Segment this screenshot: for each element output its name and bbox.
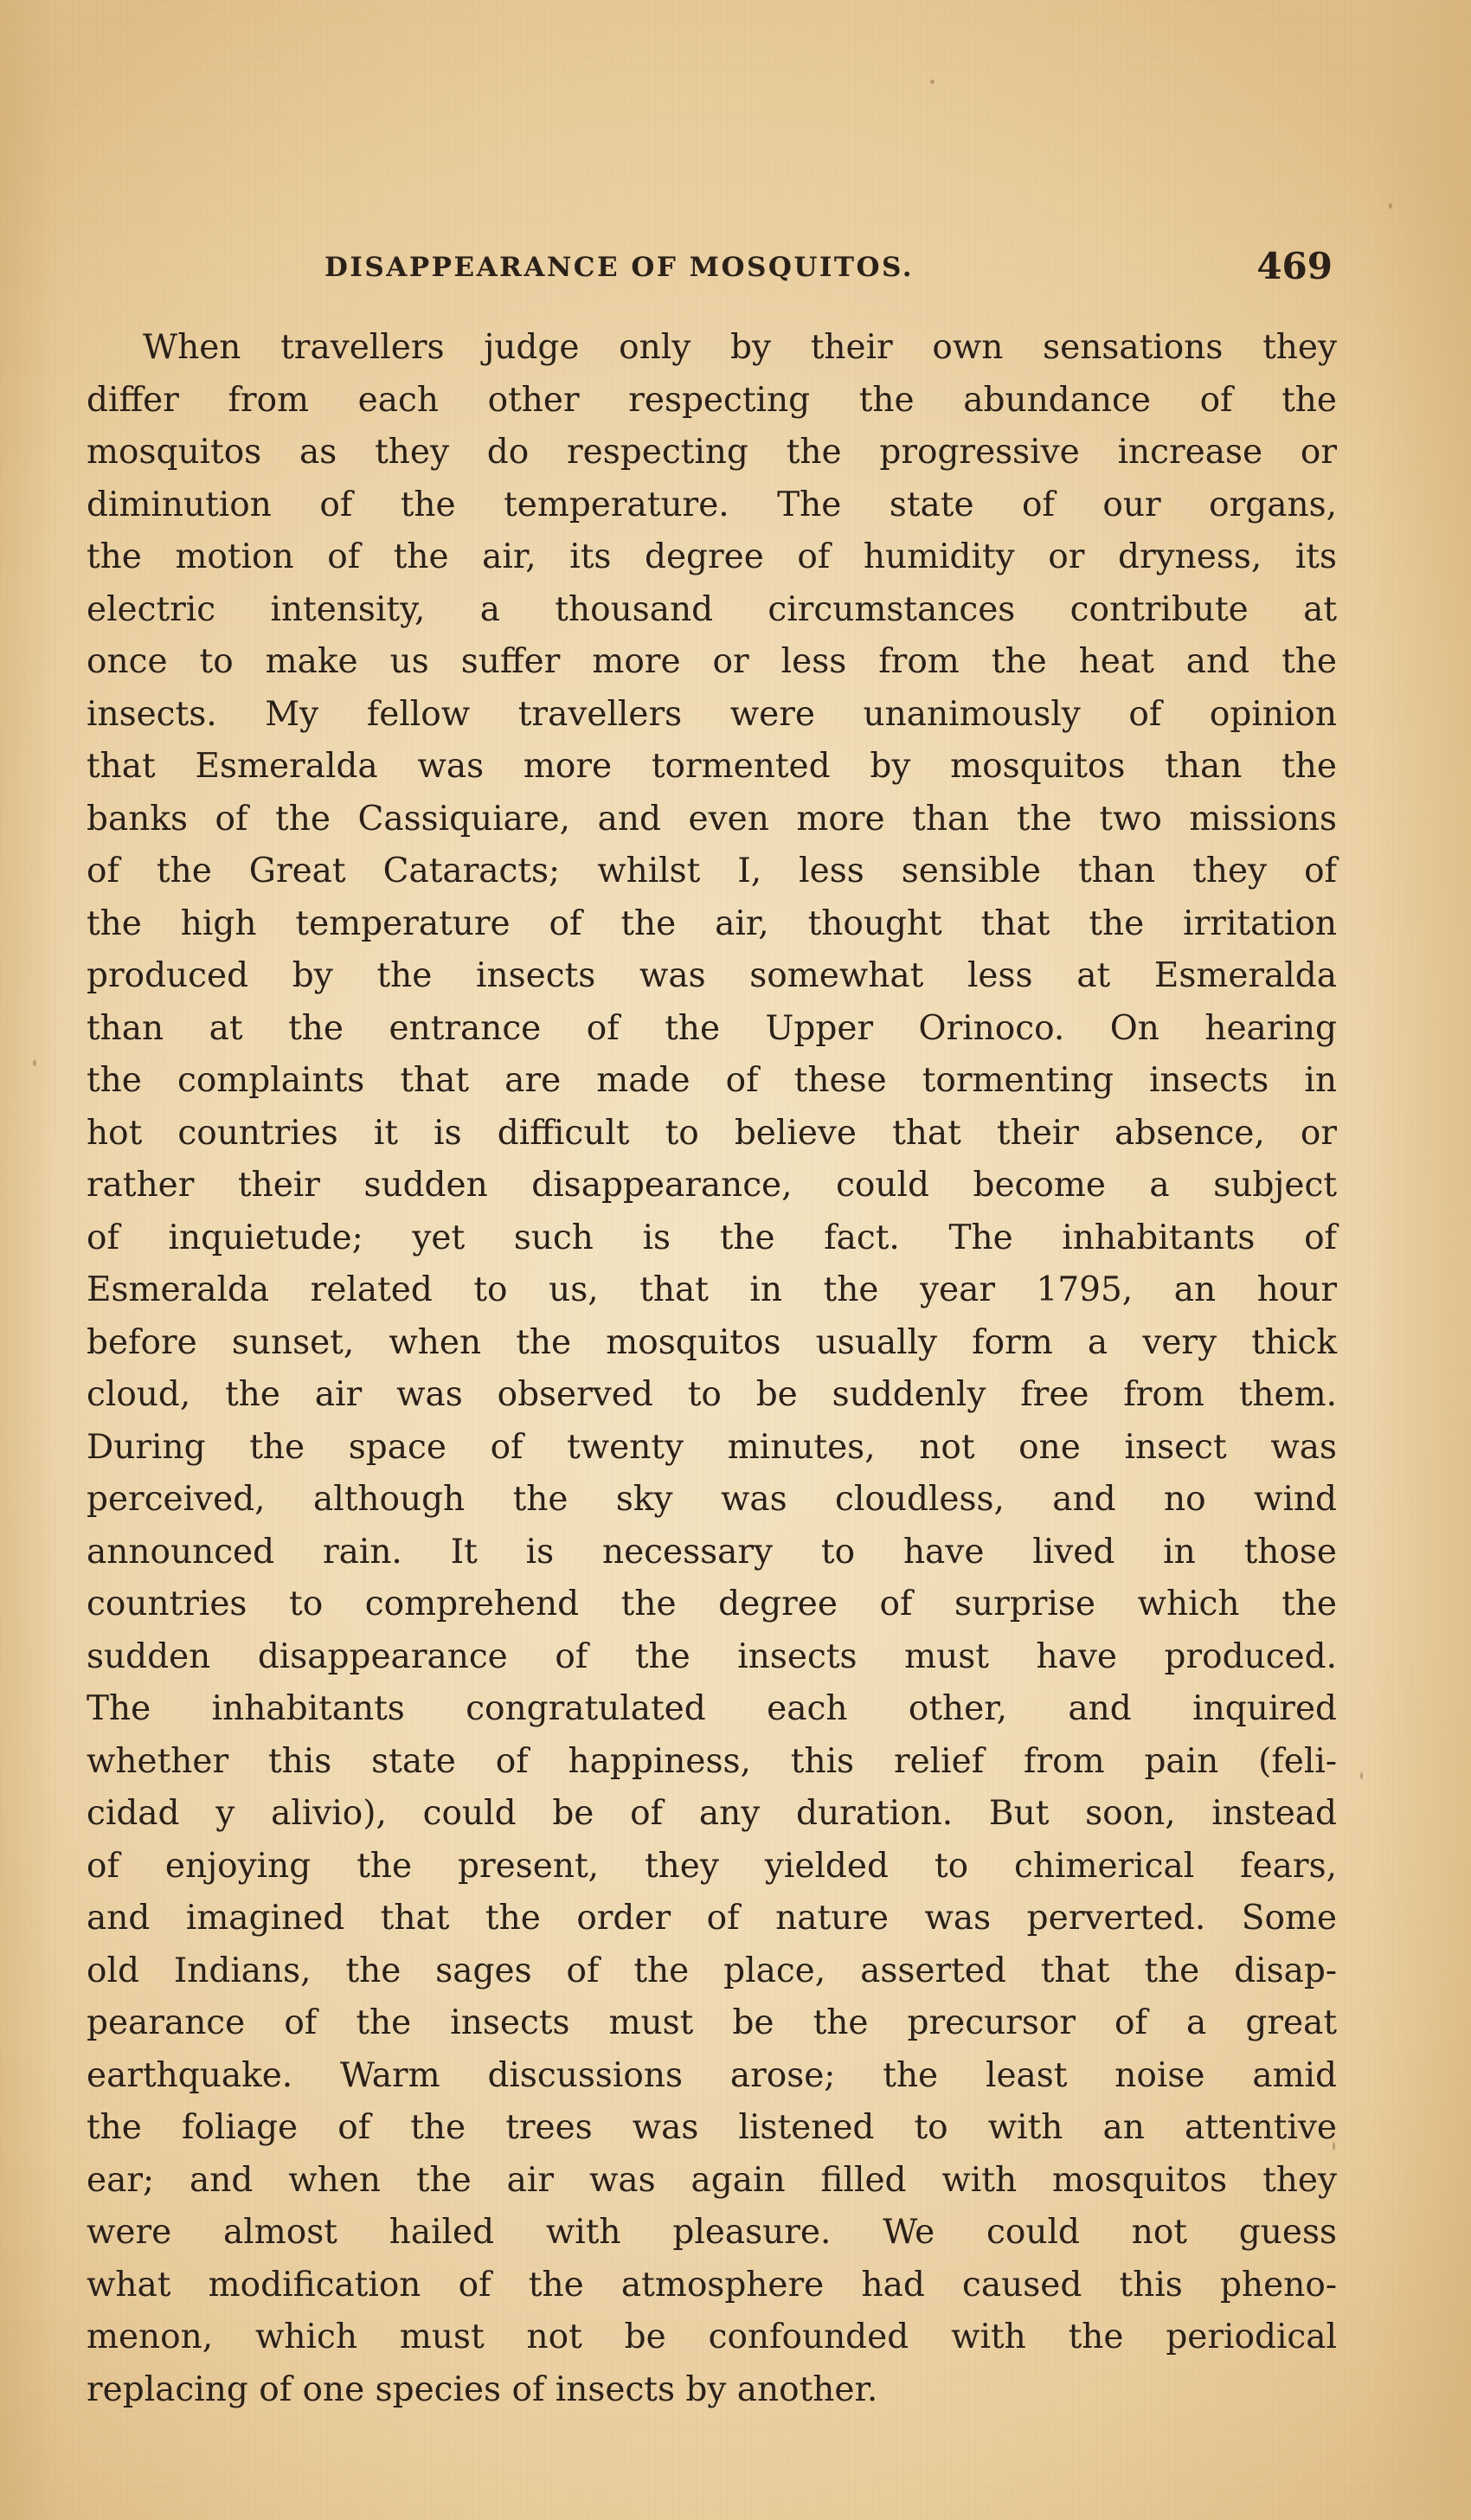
text-line: mosquitos as they do respecting the prog… xyxy=(87,427,1337,479)
body-paragraph: When travellers judge only by their own … xyxy=(87,322,1337,2416)
text-line: and imagined that the order of nature wa… xyxy=(87,1893,1337,1945)
text-line: banks of the Cassiquiare, and even more … xyxy=(87,794,1337,846)
text-line: rather their sudden disappearance, could… xyxy=(87,1160,1337,1212)
text-line: of enjoying the present, they yielded to… xyxy=(87,1841,1337,1893)
text-line: that Esmeralda was more tormented by mos… xyxy=(87,741,1337,794)
text-line: were almost hailed with pleasure. We cou… xyxy=(87,2207,1337,2260)
text-line: the foliage of the trees was listened to… xyxy=(87,2102,1337,2155)
text-line: than at the entrance of the Upper Orinoc… xyxy=(87,1003,1337,1056)
text-line: once to make us suffer more or less from… xyxy=(87,636,1337,689)
paper-speck xyxy=(33,1060,36,1066)
paper-speck xyxy=(1360,1772,1363,1779)
text-line: Esmeralda related to us, that in the yea… xyxy=(87,1264,1337,1317)
text-line: perceived, although the sky was cloudles… xyxy=(87,1474,1337,1527)
text-line: ear; and when the air was again filled w… xyxy=(87,2155,1337,2208)
text-line-last: replacing of one species of insects by a… xyxy=(87,2364,1337,2417)
text-line: cloud, the air was observed to be sudden… xyxy=(87,1369,1337,1422)
text-line: of the Great Cataracts; whilst I, less s… xyxy=(87,845,1337,898)
text-line: differ from each other respecting the ab… xyxy=(87,375,1337,427)
text-line: menon, which must not be confounded with… xyxy=(87,2311,1337,2364)
paper-speck xyxy=(1389,203,1392,209)
text-line: whether this state of happiness, this re… xyxy=(87,1736,1337,1789)
text-line: earthquake. Warm discussions arose; the … xyxy=(87,2050,1337,2103)
text-line: countries to comprehend the degree of su… xyxy=(87,1578,1337,1631)
text-line: pearance of the insects must be the prec… xyxy=(87,1997,1337,2050)
text-line: the motion of the air, its degree of hum… xyxy=(87,531,1337,584)
running-title: DISAPPEARANCE OF MOSQUITOS. xyxy=(324,252,914,283)
page-edge-shadow-right xyxy=(1367,0,1471,2520)
text-line: announced rain. It is necessary to have … xyxy=(87,1527,1337,1579)
text-line: sudden disappearance of the insects must… xyxy=(87,1631,1337,1684)
text-line: hot countries it is difficult to believe… xyxy=(87,1108,1337,1160)
text-line: cidad y alivio), could be of any duratio… xyxy=(87,1788,1337,1841)
text-line: before sunset, when the mosquitos usuall… xyxy=(87,1317,1337,1370)
text-line: what modification of the atmosphere had … xyxy=(87,2260,1337,2312)
text-line: The inhabitants congratulated each other… xyxy=(87,1683,1337,1736)
running-header: DISAPPEARANCE OF MOSQUITOS. 469 xyxy=(324,245,1333,297)
text-line: When travellers judge only by their own … xyxy=(87,322,1337,375)
text-line: insects. My fellow travellers were unani… xyxy=(87,689,1337,742)
text-line: diminution of the temperature. The state… xyxy=(87,479,1337,532)
page-number: 469 xyxy=(1256,245,1333,287)
text-line: of inquietude; yet such is the fact. The… xyxy=(87,1212,1337,1265)
page-edge-shadow-left xyxy=(0,0,61,2520)
text-line: the complaints that are made of these to… xyxy=(87,1055,1337,1108)
text-line: During the space of twenty minutes, not … xyxy=(87,1422,1337,1475)
text-line: produced by the insects was somewhat les… xyxy=(87,950,1337,1003)
text-line: old Indians, the sages of the place, ass… xyxy=(87,1945,1337,1998)
paper-speck xyxy=(930,80,935,84)
text-line: the high temperature of the air, thought… xyxy=(87,898,1337,951)
text-line: electric intensity, a thousand circumsta… xyxy=(87,584,1337,637)
